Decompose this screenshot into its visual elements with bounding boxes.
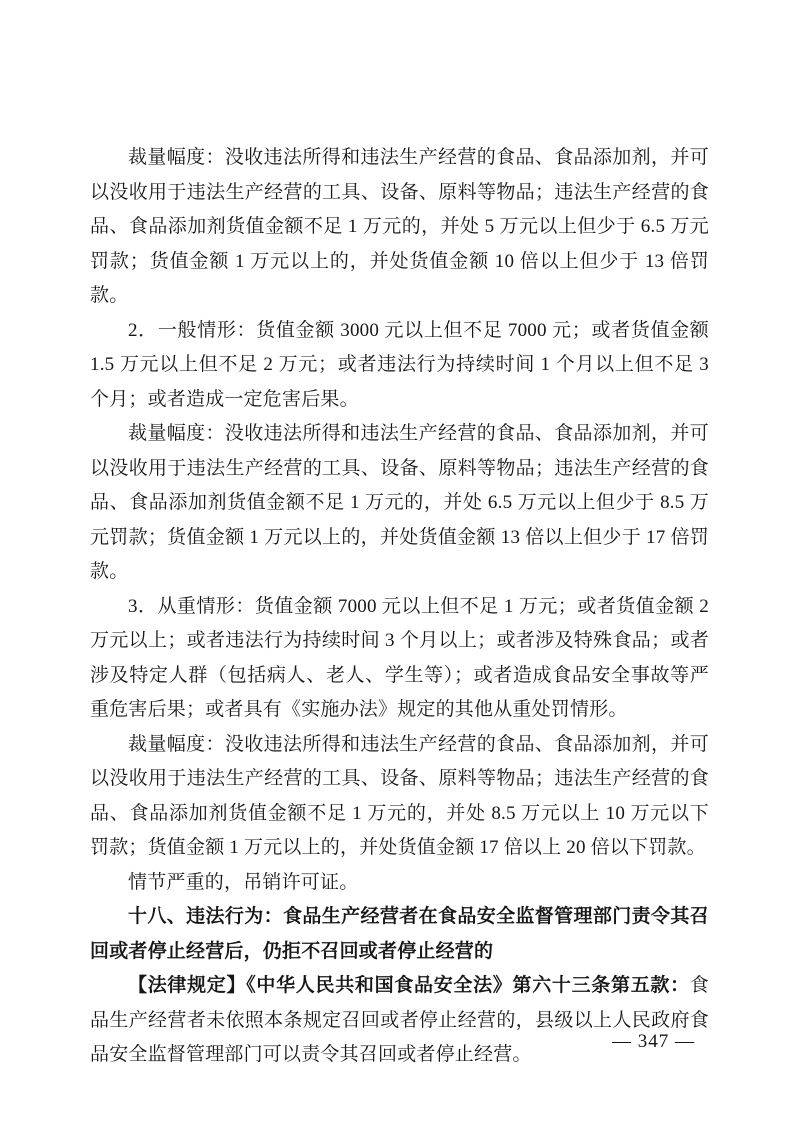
para-discretion-range-1: 裁量幅度：没收违法所得和违法生产经营的食品、食品添加剂，并可以没收用于违法生产经… <box>90 141 709 314</box>
para-heading-item-18: 十八、违法行为：食品生产经营者在食品安全监督管理部门责令其召回或者停止经营后，仍… <box>90 900 709 969</box>
para-aggravated-case: 3．从重情形：货值金额 7000 元以上但不足 1 万元；或者货值金额 2 万元… <box>90 590 709 728</box>
text-run: 裁量幅度：没收违法所得和违法生产经营的食品、食品添加剂，并可以没收用于违法生产经… <box>90 423 709 582</box>
text-run: 裁量幅度：没收违法所得和违法生产经营的食品、食品添加剂，并可以没收用于违法生产经… <box>90 734 709 859</box>
text-run: 3．从重情形：货值金额 7000 元以上但不足 1 万元；或者货值金额 2 万元… <box>90 596 709 721</box>
para-discretion-range-2: 裁量幅度：没收违法所得和违法生产经营的食品、食品添加剂，并可以没收用于违法生产经… <box>90 417 709 590</box>
text-run: 《中华人民共和国食品安全法》第六十三条第五款： <box>246 975 690 996</box>
para-legal-basis: 【法律规定】《中华人民共和国食品安全法》第六十三条第五款：食品生产经营者未依照本… <box>90 969 709 1073</box>
para-general-case: 2．一般情形：货值金额 3000 元以上但不足 7000 元；或者货值金额 1.… <box>90 314 709 418</box>
page-number: — 347 — <box>612 1028 695 1056</box>
para-severe-circumstance: 情节严重的，吊销许可证。 <box>90 866 709 901</box>
text-run: 2．一般情形：货值金额 3000 元以上但不足 7000 元；或者货值金额 1.… <box>90 320 709 410</box>
text-run: 【法律规定】 <box>128 975 246 996</box>
text-run: 裁量幅度：没收违法所得和违法生产经营的食品、食品添加剂，并可以没收用于违法生产经… <box>90 147 709 306</box>
text-run: 十八、违法行为：食品生产经营者在食品安全监督管理部门责令其召回或者停止经营后，仍… <box>90 906 709 962</box>
document-body: 裁量幅度：没收违法所得和违法生产经营的食品、食品添加剂，并可以没收用于违法生产经… <box>90 141 709 1073</box>
text-run: 情节严重的，吊销许可证。 <box>128 872 358 893</box>
para-discretion-range-3: 裁量幅度：没收违法所得和违法生产经营的食品、食品添加剂，并可以没收用于违法生产经… <box>90 728 709 866</box>
document-page: 裁量幅度：没收违法所得和违法生产经营的食品、食品添加剂，并可以没收用于违法生产经… <box>0 0 793 1122</box>
